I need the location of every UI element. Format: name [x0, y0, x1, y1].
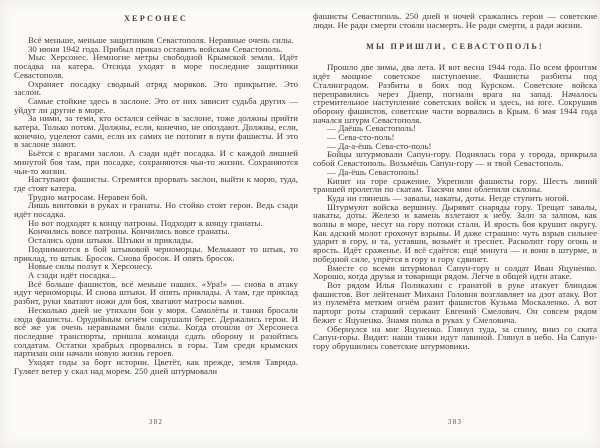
page-right: фашисты Севастополь. 250 дней и ночей ср… — [313, 12, 597, 436]
page-number-right: 383 — [313, 417, 597, 426]
paragraph: Бойцы штурмовали Сапун-гору. Поднялась г… — [313, 150, 597, 167]
paragraph: Мыс Херсонес. Немногие метры свободной К… — [14, 53, 298, 79]
right-page-text: Прошло две зимы, два лета. И вот весна 1… — [313, 63, 597, 350]
paragraph: Лишь винтовки в руках и гранаты. Но стой… — [14, 201, 298, 218]
paragraph: Бьётся с врагами заслон. А сзади идёт по… — [14, 149, 298, 175]
paragraph: Самые стойкие здесь в заслоне. Это от ни… — [14, 97, 298, 114]
paragraph: Штурмуют войска вершину. Дырявят снаряды… — [313, 203, 597, 264]
left-page-text: Всё меньше, меньше защитников Севастопол… — [14, 36, 298, 375]
paragraph: Кипит на горе сражение. Укрепили фашисты… — [313, 177, 597, 194]
paragraph: Поднимаются в бой штыковой черноморцы. М… — [14, 245, 298, 262]
paragraph: Вместе со всеми штурмовал Сапун-гору и с… — [313, 264, 597, 281]
paragraph: Вот рядом Илья Поликахин с гранатой в ру… — [313, 281, 597, 325]
page-left: ХЕРСОНЕС Всё меньше, меньше защитников С… — [14, 12, 298, 436]
paragraph: Всё больше фашистов, всё меньше наших. «… — [14, 280, 298, 306]
paragraph: Охраняет посадку сводный отряд моряков. … — [14, 80, 298, 97]
paragraph: Прошло две зимы, два лета. И вот весна 1… — [313, 63, 597, 124]
paragraph: Несколько дней не утихали бои у моря. Са… — [14, 306, 298, 358]
paragraph: За ними, за теми, кто остался сейчас в з… — [14, 114, 298, 149]
book-spread-scan: ХЕРСОНЕС Всё меньше, меньше защитников С… — [0, 0, 600, 448]
continuation-paragraph: фашисты Севастополь. 250 дней и ночей ср… — [313, 12, 597, 29]
paragraph: Наступают фашисты. Стремятся прорвать за… — [14, 175, 298, 192]
page-number-left: 382 — [14, 417, 298, 426]
chapter-header-left: ХЕРСОНЕС — [14, 14, 298, 23]
paragraph: Обернулся на миг Яцуненко. Глянул туда, … — [313, 325, 597, 351]
chapter-header-right: МЫ ПРИШЛИ, СЕВАСТОПОЛЬ! — [313, 42, 597, 51]
paragraph: Уходят годы за борт истории. Цветёт, как… — [14, 358, 298, 375]
